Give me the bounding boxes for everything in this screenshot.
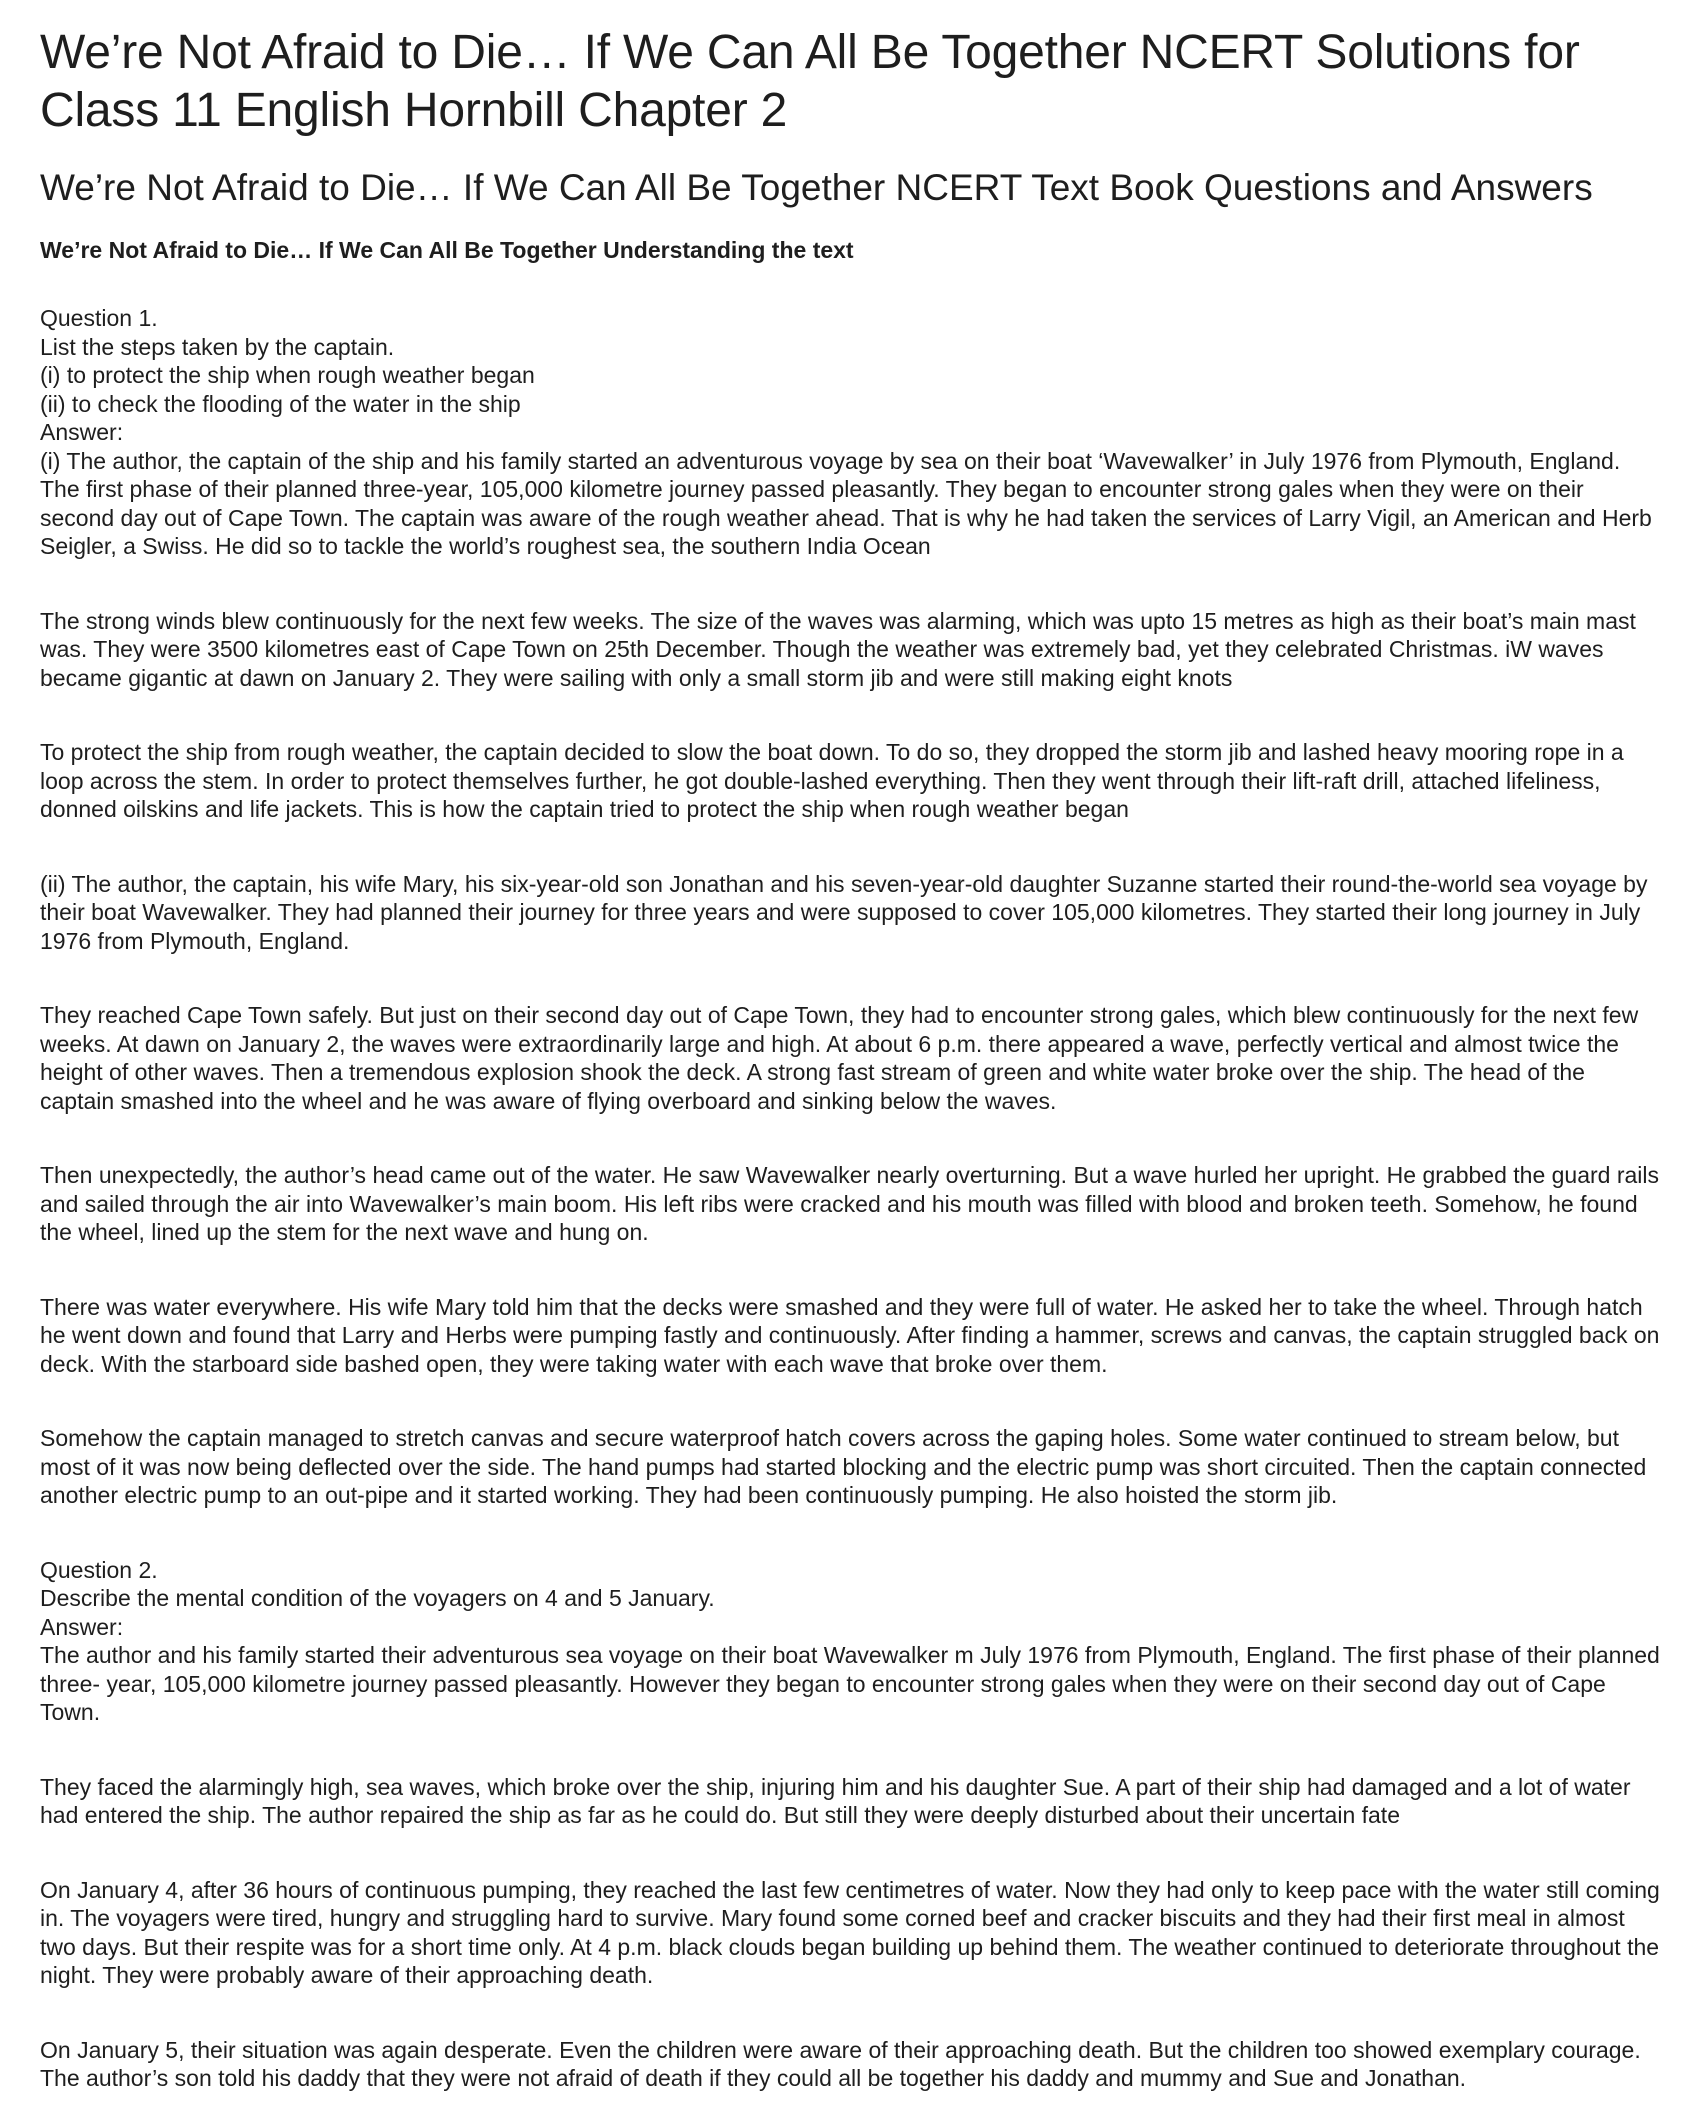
answer-label: Answer: (40, 418, 1660, 447)
page-title: We’re Not Afraid to Die… If We Can All B… (40, 24, 1660, 140)
question-1: Question 1. List the steps taken by the … (40, 304, 1660, 447)
answer-paragraph: The strong winds blew continuously for t… (40, 607, 1660, 693)
answer-paragraph: (i) The author, the captain of the ship … (40, 447, 1660, 561)
answer-paragraph: They faced the alarmingly high, sea wave… (40, 1773, 1660, 1830)
document-page: We’re Not Afraid to Die… If We Can All B… (0, 0, 1700, 2093)
question-prompt-part-i: (i) to protect the ship when rough weath… (40, 361, 1660, 390)
page-subtitle: We’re Not Afraid to Die… If We Can All B… (40, 166, 1660, 210)
answer-paragraph: They reached Cape Town safely. But just … (40, 1001, 1660, 1115)
question-prompt-part-ii: (ii) to check the flooding of the water … (40, 390, 1660, 419)
question-label: Question 1. (40, 304, 1660, 333)
answer-paragraph: On January 4, after 36 hours of continuo… (40, 1876, 1660, 1990)
answer-paragraph: (ii) The author, the captain, his wife M… (40, 870, 1660, 956)
section-heading: We’re Not Afraid to Die… If We Can All B… (40, 236, 1660, 264)
answer-paragraph: The author and his family started their … (40, 1641, 1660, 1727)
answer-paragraph: There was water everywhere. His wife Mar… (40, 1293, 1660, 1379)
answer-label: Answer: (40, 1613, 1660, 1642)
question-prompt: Describe the mental condition of the voy… (40, 1584, 1660, 1613)
answer-paragraph: To protect the ship from rough weather, … (40, 738, 1660, 824)
answer-paragraph: On January 5, their situation was again … (40, 2036, 1660, 2093)
answer-paragraph: Somehow the captain managed to stretch c… (40, 1424, 1660, 1510)
question-2: Question 2. Describe the mental conditio… (40, 1556, 1660, 1642)
question-prompt: List the steps taken by the captain. (40, 333, 1660, 362)
question-label: Question 2. (40, 1556, 1660, 1585)
answer-paragraph: Then unexpectedly, the author’s head cam… (40, 1161, 1660, 1247)
